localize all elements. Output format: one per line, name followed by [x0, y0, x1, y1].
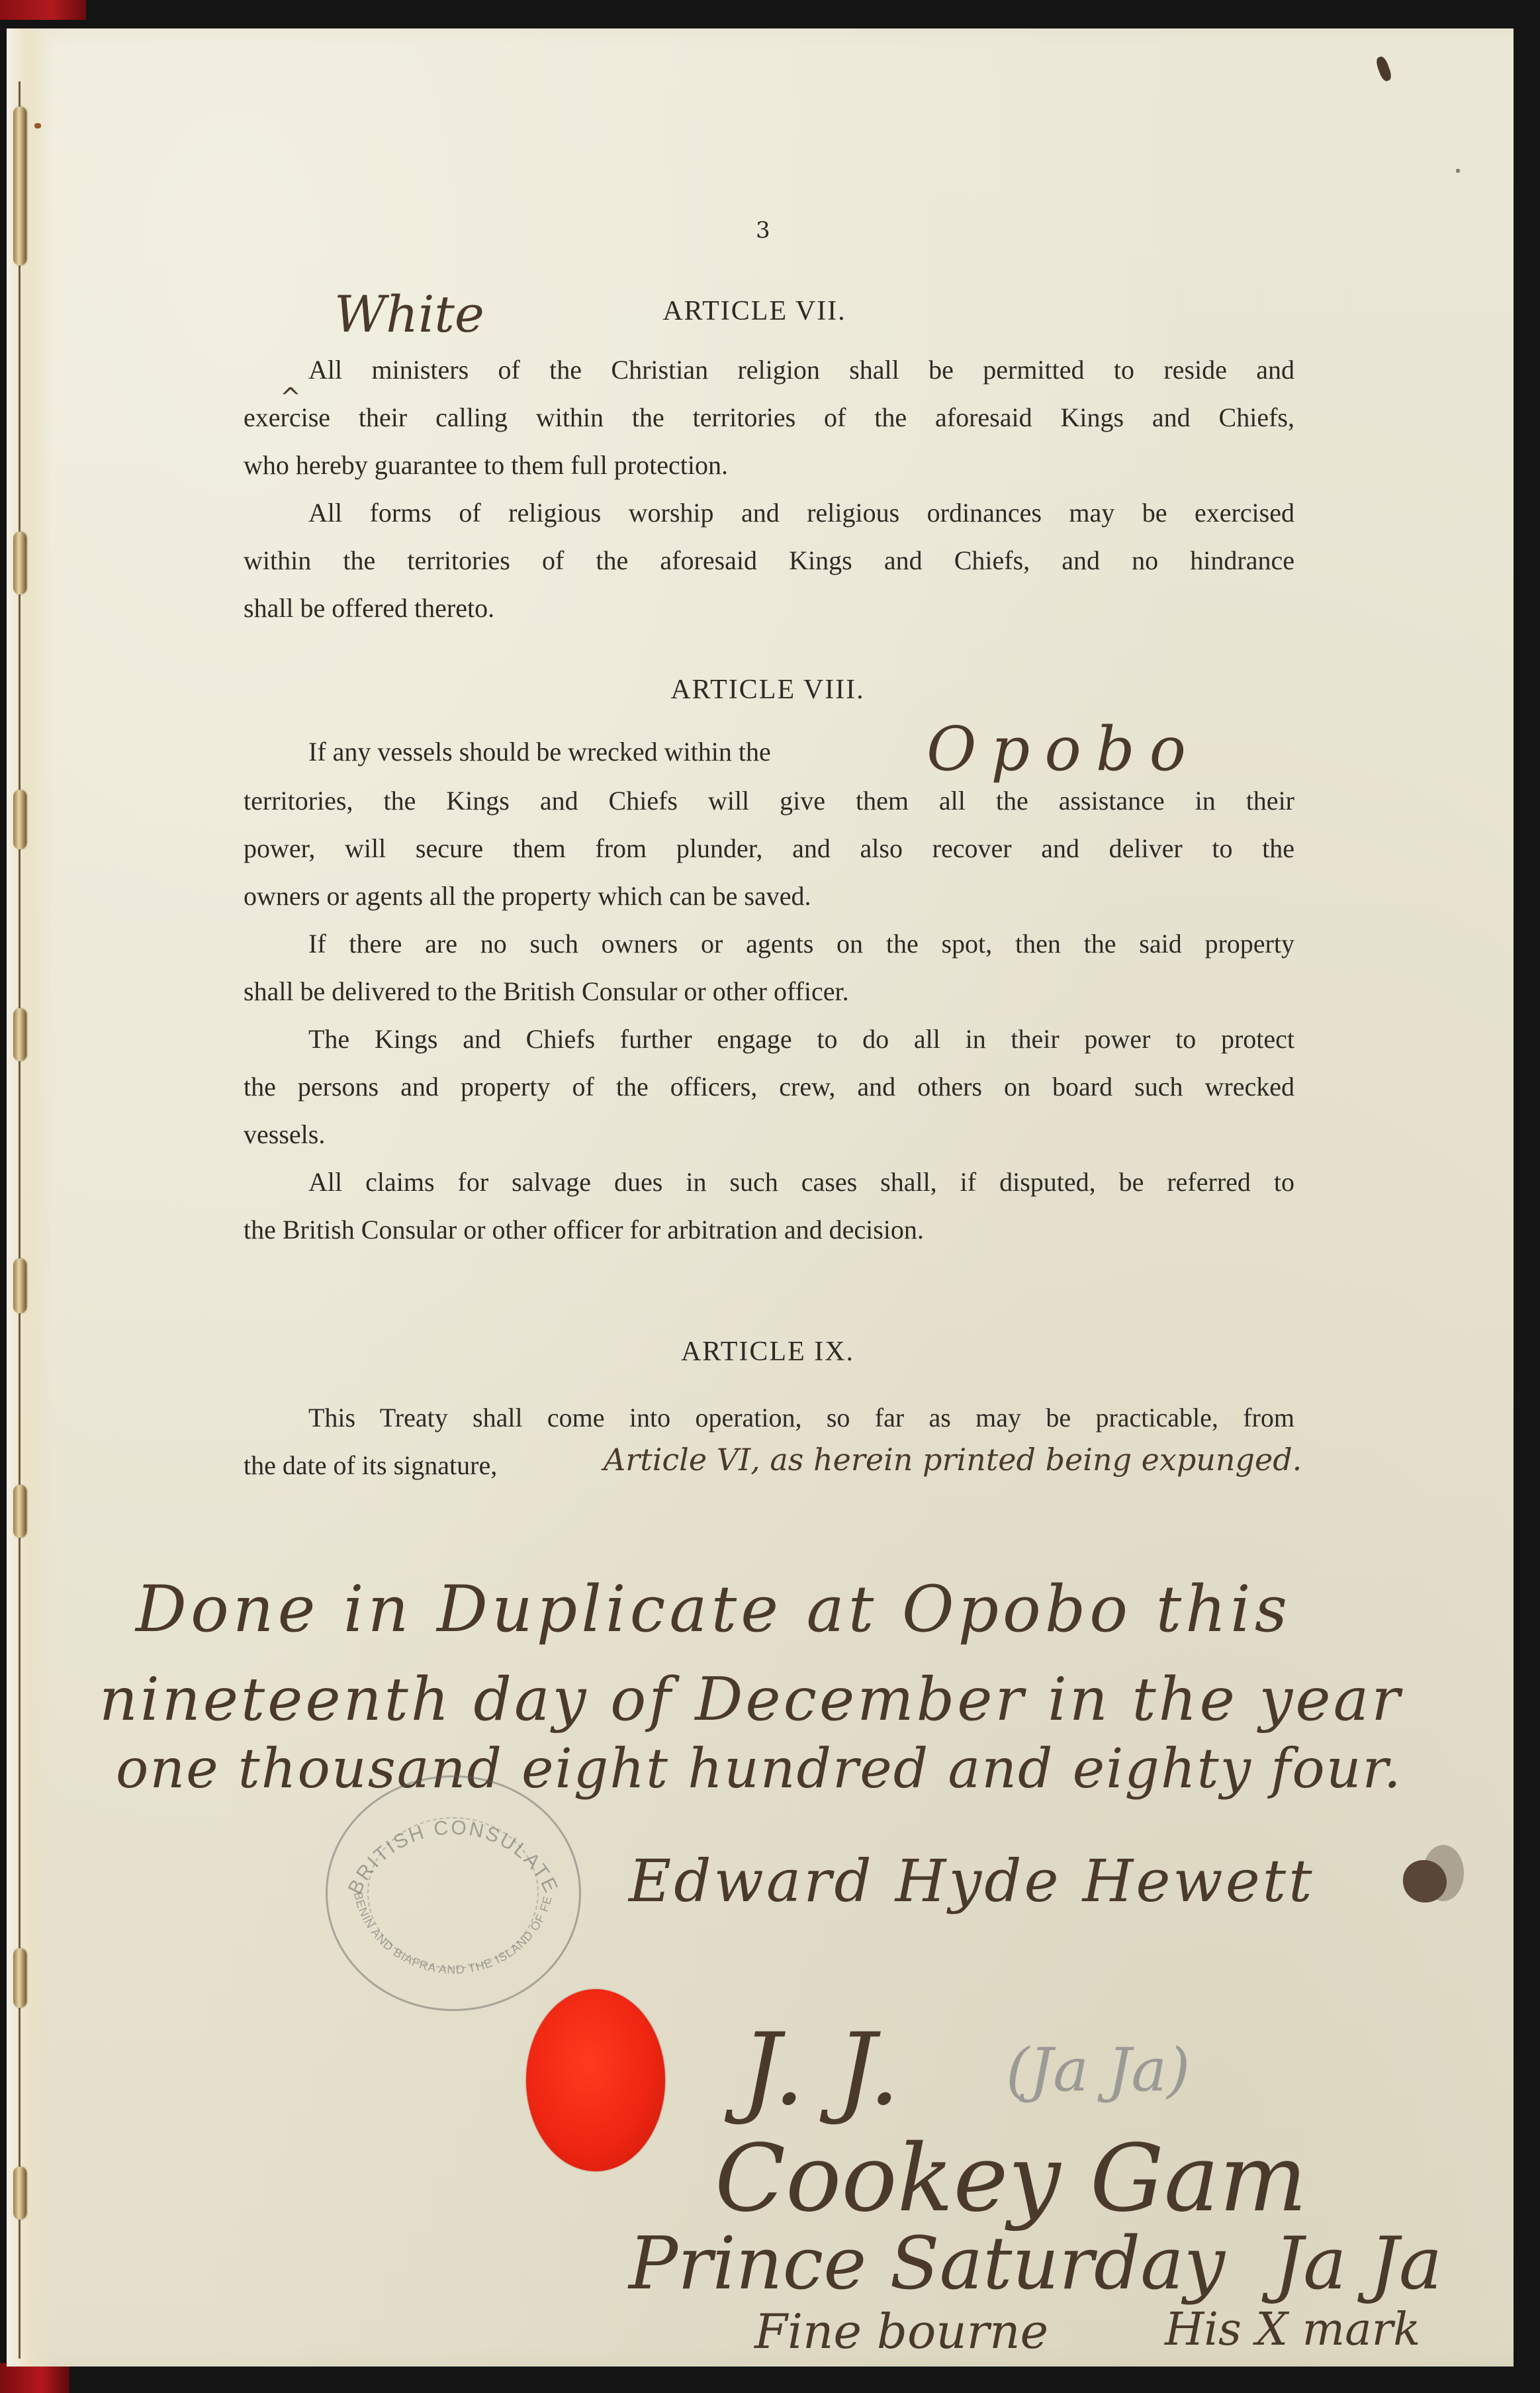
signature-consul: Edward Hyde Hewett [629, 1847, 1315, 1915]
binding-stitch [13, 1948, 26, 2008]
handwritten-expunged-note: Article VI, as herein printed being expu… [604, 1442, 1302, 1478]
article-vii-heading: ARTICLE VII. [457, 295, 1052, 327]
binding-stitch [13, 107, 26, 265]
article-vii-line: All forms of religious worship and relig… [308, 497, 1294, 529]
article-viii-line: All claims for salvage dues in such case… [308, 1166, 1294, 1198]
ink-speck [1456, 169, 1460, 173]
signature-prince-saturday: Prince Saturday [629, 2221, 1225, 2306]
signature-ja-ja: Ja Ja [1274, 2221, 1442, 2306]
british-consulate-stamp: BRITISH CONSULATE BIGHTS OF BENIN AND BI… [326, 1775, 581, 2011]
his-mark-note: His X mark [1165, 2304, 1420, 2356]
article-vii-line: exercise their calling within the territ… [244, 402, 1294, 434]
ink-blot [1403, 1860, 1447, 1902]
pencil-note-jaja: (Ja Ja) [1006, 2036, 1190, 2105]
binding-stitch [13, 1008, 26, 1061]
article-ix-line: This Treaty shall come into operation, s… [308, 1402, 1294, 1434]
binding-stitch [13, 1485, 26, 1538]
binding-stitch [13, 532, 26, 594]
handwritten-closing-line: Done in Duplicate at Opobo this [136, 1572, 1291, 1646]
signature-cookey-gam: Cookey Gam [715, 2125, 1307, 2233]
article-vii-line: who hereby guarantee to them full protec… [244, 449, 1294, 481]
article-vii-line: All ministers of the Christian religion … [308, 354, 1294, 386]
svg-text:BRITISH CONSULATE: BRITISH CONSULATE [344, 1816, 563, 1897]
article-viii-line: territories, the Kings and Chiefs will g… [244, 785, 1294, 817]
article-ix-heading: ARTICLE IX. [470, 1336, 1065, 1368]
article-ix-line: the date of its signature, [244, 1450, 614, 1481]
article-viii-line: the British Consular or other officer fo… [244, 1214, 1294, 1246]
article-viii-line: owners or agents all the property which … [244, 880, 1294, 912]
page-gutter [7, 28, 53, 2367]
handwritten-closing-line: nineteenth day of December in the year [99, 1665, 1402, 1734]
page-number: 3 [756, 217, 770, 244]
article-vii-line: within the territories of the aforesaid … [244, 545, 1294, 577]
binding-stitch [13, 790, 26, 849]
article-viii-line: The Kings and Chiefs further engage to d… [308, 1023, 1294, 1055]
article-viii-line: If there are no such owners or agents on… [308, 928, 1294, 960]
stain-speck [34, 123, 41, 128]
signature-finebourne: Fine bourne [754, 2304, 1048, 2359]
red-wax-seal [526, 1989, 665, 2171]
red-binding-cover-top [0, 0, 86, 20]
article-viii-line: the persons and property of the officers… [244, 1071, 1294, 1103]
article-viii-line: power, will secure them from plunder, an… [244, 833, 1294, 865]
article-viii-line: If any vessels should be wrecked within … [308, 736, 904, 768]
handwritten-opobo: Opobo [927, 714, 1200, 784]
red-binding-cover-bottom [0, 2363, 69, 2393]
article-viii-line: shall be delivered to the British Consul… [244, 976, 1294, 1008]
handwritten-closing-line: one thousand eight hundred and eighty fo… [116, 1738, 1402, 1801]
binding-thread [19, 81, 21, 2359]
stamp-text-ring: BRITISH CONSULATE BIGHTS OF BENIN AND BI… [328, 1777, 579, 2009]
article-viii-heading: ARTICLE VIII. [470, 674, 1065, 706]
signature-king-mark: J. J. [741, 2012, 900, 2128]
binding-stitch [13, 2167, 26, 2220]
article-viii-line: vessels. [244, 1119, 1294, 1150]
binding-stitch [13, 1258, 26, 1313]
article-vii-line: shall be offered thereto. [244, 592, 1294, 624]
